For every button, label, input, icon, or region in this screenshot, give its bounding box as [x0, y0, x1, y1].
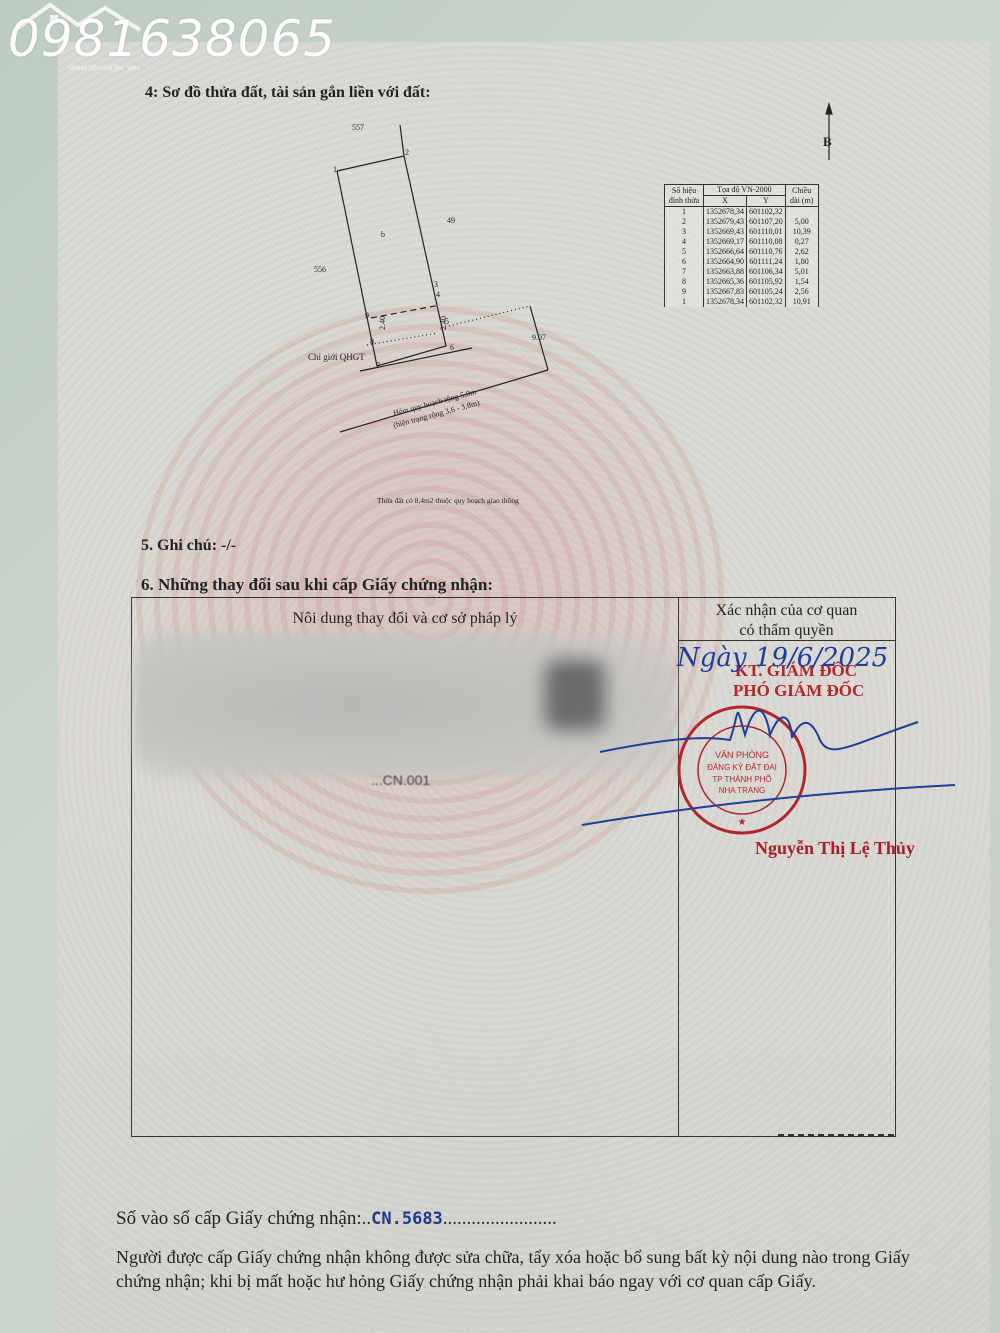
coordinate-row: 11352678,34601102,32: [665, 207, 819, 218]
svg-text:TP THÀNH PHỐ: TP THÀNH PHỐ: [712, 774, 771, 784]
svg-text:★: ★: [738, 817, 747, 828]
svg-text:ĐĂNG KÝ ĐẤT ĐAI: ĐĂNG KÝ ĐẤT ĐAI: [707, 762, 777, 772]
coordinate-cell-y: 601111,24: [747, 257, 786, 267]
registry-number: CN.5683: [371, 1209, 443, 1229]
coordinate-cell-pt: 9: [665, 287, 704, 297]
coordinate-cell-x: 1352678,34: [704, 207, 747, 218]
header-coord: Tọa độ VN-2000: [704, 185, 786, 196]
coordinate-row: 91352667,83601105,242,56: [665, 287, 819, 297]
coordinate-cell-pt: 5: [665, 247, 704, 257]
coordinate-cell-len: 5,00: [785, 217, 818, 227]
svg-text:4: 4: [436, 290, 440, 299]
coordinate-cell-y: 601102,32: [747, 207, 786, 218]
coordinate-cell-x: 1352664,90: [704, 257, 747, 267]
svg-text:Thửa đất có 8,4m2 thuộc quy ho: Thửa đất có 8,4m2 thuộc quy hoạch giao t…: [377, 496, 519, 505]
registry-dots: ........................: [443, 1208, 557, 1229]
svg-text:6: 6: [450, 343, 454, 352]
coordinate-row: 11352678,34601102,3210,91: [665, 297, 819, 307]
authority-header-line2: có thẩm quyền: [678, 621, 895, 641]
svg-text:Chỉ giới QHGT: Chỉ giới QHGT: [308, 352, 365, 362]
svg-text:9: 9: [365, 311, 369, 320]
section6-title: 6. Những thay đổi sau khi cấp Giấy chứng…: [141, 575, 493, 595]
official-stamp-icon: VĂN PHÒNG ĐĂNG KÝ ĐẤT ĐAI TP THÀNH PHỐ N…: [672, 700, 812, 840]
coordinate-cell-pt: 8: [665, 277, 704, 287]
coordinate-cell-x: 1352669,43: [704, 227, 747, 237]
coordinate-cell-x: 1352665,36: [704, 277, 747, 287]
coordinate-cell-y: 601106,34: [747, 267, 786, 277]
authority-header-line1: Xác nhận của cơ quan: [678, 601, 895, 621]
coordinate-cell-len: 1,80: [785, 257, 818, 267]
coordinate-cell-len: 5,01: [785, 267, 818, 277]
neighbor-556: 556: [314, 265, 326, 274]
coordinate-row: 31352669,43601110,0110,39: [665, 227, 819, 237]
signer-title-deputy: PHÓ GIÁM ĐỐC: [733, 681, 864, 701]
coordinate-cell-pt: 1: [665, 297, 704, 307]
svg-text:2: 2: [405, 148, 409, 157]
coordinate-cell-len: 1,54: [785, 277, 818, 287]
svg-text:NHA TRANG: NHA TRANG: [719, 786, 766, 795]
svg-text:b: b: [381, 230, 385, 239]
coordinate-cell-y: 601105,24: [747, 287, 786, 297]
coordinate-cell-len: 0,27: [785, 237, 818, 247]
signer-name: Nguyễn Thị Lệ Thủy: [755, 838, 915, 859]
changes-authority-header: Xác nhận của cơ quan có thẩm quyền: [678, 601, 895, 641]
coordinate-row: 71352663,88601106,345,01: [665, 267, 819, 277]
coordinate-cell-x: 1352667,83: [704, 287, 747, 297]
header-vertex: Số hiệu đỉnh thửa: [665, 185, 704, 207]
coordinate-row: 41352669,17601110,080,27: [665, 237, 819, 247]
header-length: Chiều dài (m): [785, 185, 818, 207]
coordinate-cell-x: 1352679,43: [704, 217, 747, 227]
coordinate-cell-y: 601102,32: [747, 297, 786, 307]
svg-text:2.40: 2.40: [378, 316, 387, 330]
handwritten-date: Ngày 19/6/2025: [677, 643, 888, 673]
neighbor-557: 557: [352, 123, 364, 132]
coordinate-cell-pt: 1: [665, 207, 704, 218]
table-dashed-edge: [778, 1134, 894, 1136]
coordinate-row: 81352665,36601105,921,54: [665, 277, 819, 287]
header-y: Y: [747, 196, 786, 207]
coordinate-cell-y: 601110,08: [747, 237, 786, 247]
svg-text:9.07: 9.07: [532, 333, 546, 342]
registry-line: Số vào sổ cấp Giấy chứng nhận:..CN.5683.…: [116, 1208, 557, 1230]
redacted-mark: [545, 660, 605, 730]
coordinate-cell-x: 1352666,64: [704, 247, 747, 257]
redacted-content-tail: ...CN.001: [371, 772, 430, 788]
coordinate-cell-pt: 3: [665, 227, 704, 237]
coordinate-cell-len: 2,56: [785, 287, 818, 297]
registry-label: Số vào sổ cấp Giấy chứng nhận:..: [116, 1208, 371, 1229]
coordinate-cell-len: 2,62: [785, 247, 818, 257]
coordinate-row: 51352666,64601110,762,62: [665, 247, 819, 257]
coordinate-row: 61352664,90601111,241,80: [665, 257, 819, 267]
svg-text:1: 1: [333, 165, 337, 174]
coordinate-cell-pt: 6: [665, 257, 704, 267]
notice-text: Người được cấp Giấy chứng nhận không đượ…: [116, 1245, 916, 1293]
coordinate-cell-y: 601105,92: [747, 277, 786, 287]
coordinate-cell-x: 1352669,17: [704, 237, 747, 247]
coordinate-cell-len: 10,91: [785, 297, 818, 307]
coordinate-cell-y: 601110,76: [747, 247, 786, 257]
changes-content-header: Nôi dung thay đổi và cơ sở pháp lý: [132, 610, 678, 628]
coordinate-cell-pt: 2: [665, 217, 704, 227]
column-divider: [678, 598, 679, 1136]
svg-text:3: 3: [434, 280, 438, 289]
svg-text:VĂN PHÒNG: VĂN PHÒNG: [715, 750, 769, 760]
coordinate-cell-len: 10,39: [785, 227, 818, 237]
coordinate-table: Số hiệu đỉnh thửa Tọa độ VN-2000 Chiều d…: [664, 184, 819, 307]
neighbor-49: 49: [447, 216, 455, 225]
coordinate-cell-x: 1352678,34: [704, 297, 747, 307]
coordinate-cell-x: 1352663,88: [704, 267, 747, 277]
coordinate-cell-pt: 4: [665, 237, 704, 247]
coordinate-cell-len: [785, 207, 818, 218]
svg-text:8: 8: [370, 337, 374, 346]
svg-text:2.40: 2.40: [439, 316, 448, 330]
svg-text:7: 7: [376, 361, 380, 370]
svg-text:B: B: [823, 134, 832, 149]
coordinate-row: 21352679,43601107,205,00: [665, 217, 819, 227]
coordinate-cell-y: 601110,01: [747, 227, 786, 237]
section5-title: 5. Ghi chú: -/-: [141, 537, 236, 555]
coordinate-cell-pt: 7: [665, 267, 704, 277]
coordinate-cell-y: 601107,20: [747, 217, 786, 227]
header-x: X: [704, 196, 747, 207]
